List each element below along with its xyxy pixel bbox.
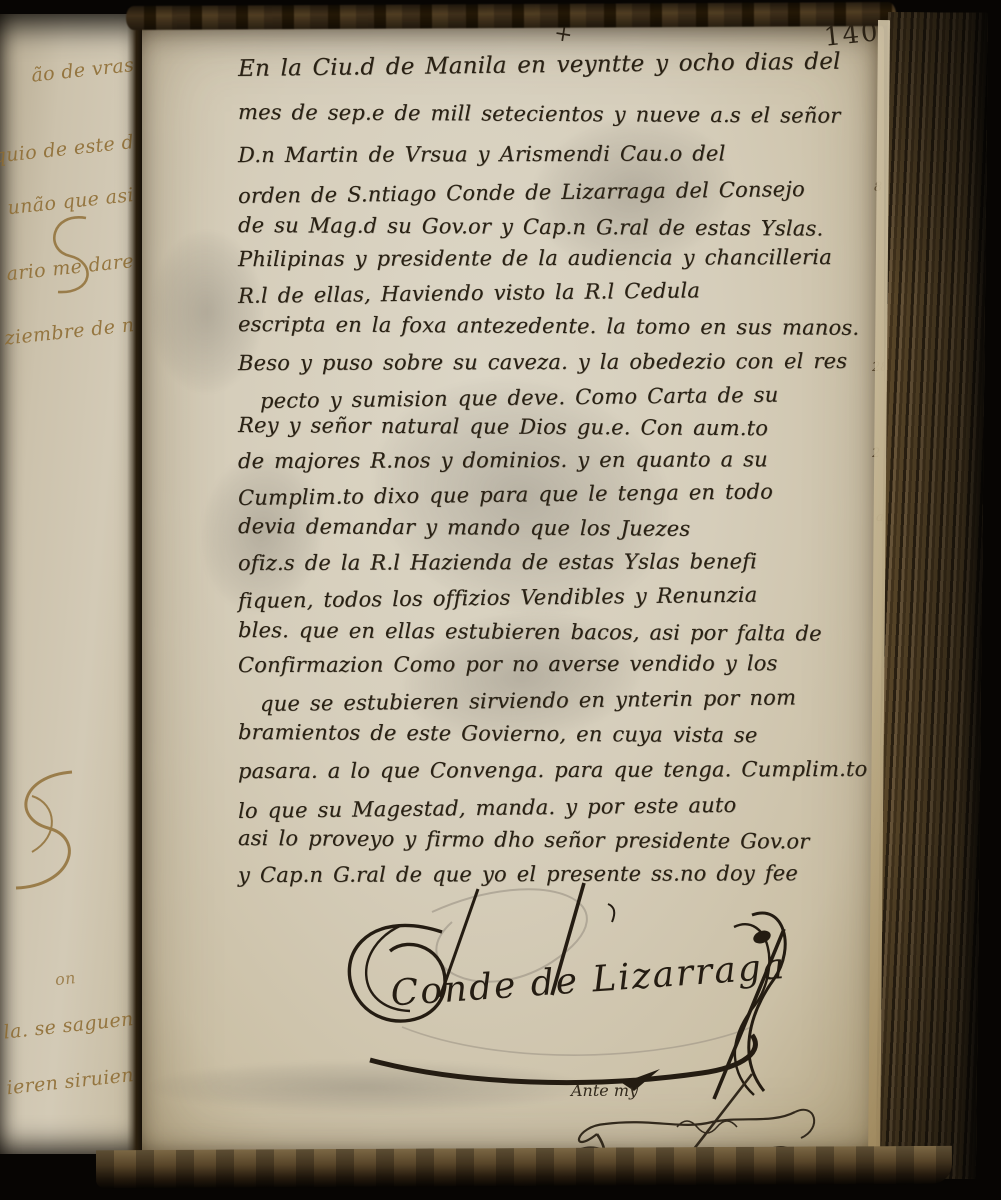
manuscript-line: que se estubieren sirviendo en ynterin p… <box>260 684 884 716</box>
book-fore-edge <box>876 12 988 1179</box>
manuscript-line: de majores R.nos y dominios. y en quanto… <box>238 447 884 473</box>
manuscript-line: escripta en la foxa antezedente. la tomo… <box>238 312 884 340</box>
book-top-edge <box>126 2 896 30</box>
facing-page-fragment: ziembre de n <box>3 316 135 349</box>
book-bottom-edge <box>96 1146 952 1188</box>
facing-page-fragment: ieren siruien <box>6 1066 135 1098</box>
manuscript-line: fiquen, todos los offizios Vendibles y R… <box>238 581 884 613</box>
manuscript-line: D.n Martin de Vrsua y Arismendi Cau.o de… <box>238 141 884 167</box>
manuscript-line: Beso y puso sobre su caveza. y la obedez… <box>238 349 884 375</box>
manuscript-line: Confirmazion Como por no averse vendido … <box>238 651 884 677</box>
manuscript-line: devia demandar y mando que los Juezes <box>238 514 884 542</box>
manuscript-line: ofiz.s de la R.l Hazienda de estas Yslas… <box>238 549 884 575</box>
manuscript-line: bles. que en ellas estubieren bacos, asi… <box>238 618 884 646</box>
manuscript-line: Philipinas y presidente de la audiencia … <box>238 245 884 271</box>
facing-page-fragment: on <box>55 970 77 988</box>
ink-flourish <box>36 210 106 300</box>
manuscript-line: pasara. a lo que Convenga. para que teng… <box>238 757 884 783</box>
manuscript-page: + 140 En la Ciu.d de Manila en veyntte y… <box>142 22 884 1160</box>
facing-page: ão de vras quio de este d unão que asi a… <box>0 14 136 1154</box>
manuscript-line: bramientos de este Govierno, en cuya vis… <box>238 720 884 748</box>
manuscript-line: de su Mag.d su Gov.or y Cap.n G.ral de e… <box>238 213 884 241</box>
signature-name-text: Conde de Lizarraga <box>389 946 787 1015</box>
ink-flourish <box>2 766 92 896</box>
manuscript-line: Cumplim.to dixo que para que le tenga en… <box>238 478 884 510</box>
manuscript-line: R.l de ellas, Haviendo visto la R.l Cedu… <box>238 276 884 308</box>
manuscript-line: lo que su Magestad, manda. y por este au… <box>238 791 884 823</box>
manuscript-line: asi lo proveyo y firmo dho señor preside… <box>238 826 884 854</box>
facing-page-fragment: ão de vras <box>30 56 135 86</box>
facing-page-fragment: la. se saguen <box>3 1010 135 1043</box>
facing-page-fragment: quio de este d <box>0 133 135 167</box>
manuscript-line: En la Ciu.d de Manila en veyntte y ocho … <box>238 48 884 82</box>
manuscript-line: Rey y señor natural que Dios gu.e. Con a… <box>238 413 884 441</box>
manuscript-line: orden de S.ntiago Conde de Lizarraga del… <box>238 176 884 208</box>
manuscript-photo: ão de vras quio de este d unão que asi a… <box>0 0 1001 1200</box>
notary-attestation-text: Ante my <box>569 1081 639 1100</box>
manuscript-line: pecto y sumision que deve. Como Carta de… <box>260 381 884 413</box>
manuscript-line: mes de sep.e de mill setecientos y nueve… <box>238 100 884 128</box>
